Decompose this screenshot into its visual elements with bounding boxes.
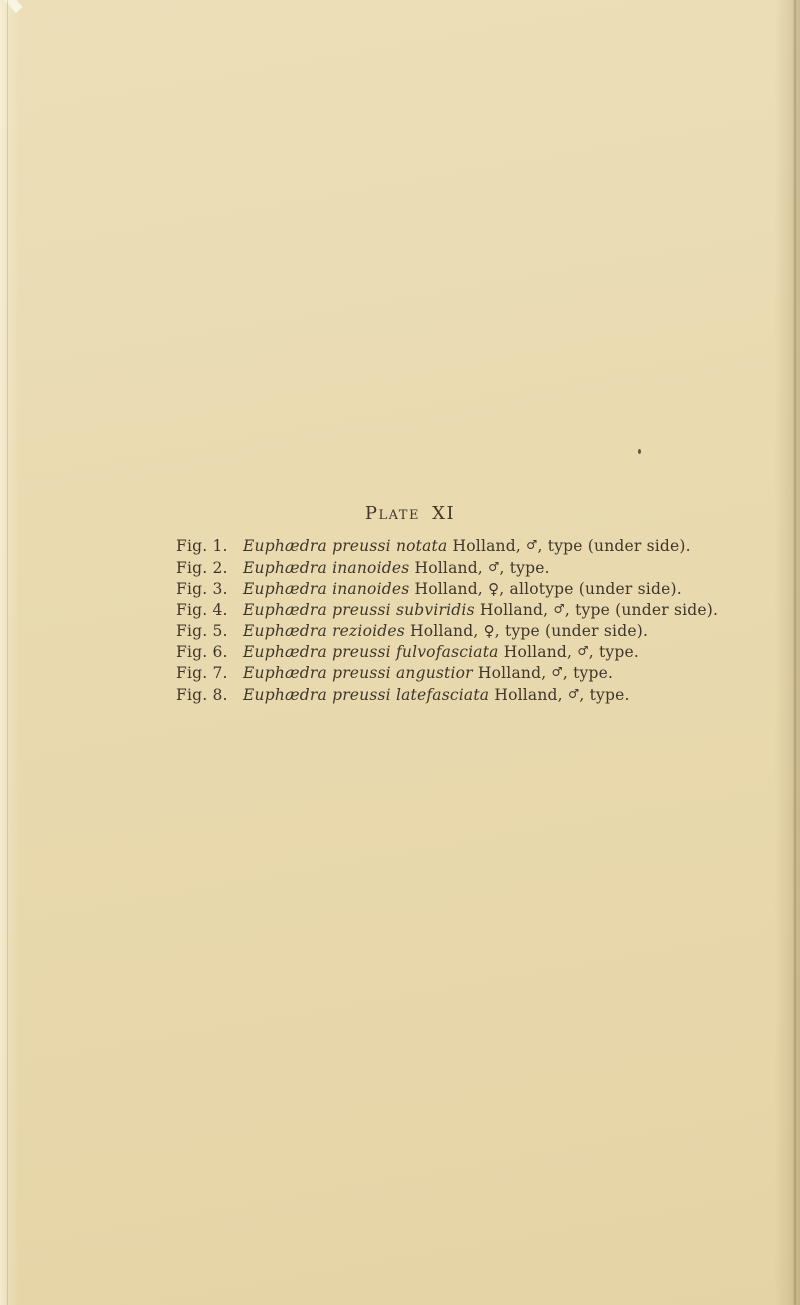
figure-label: Fig. 7.	[176, 663, 243, 685]
author-name: Holland,	[489, 686, 568, 704]
figure-caption-row: Fig. 7. Euphædra preussi angustior Holla…	[176, 663, 718, 685]
species-name: Euphædra preussi subviridis	[243, 601, 475, 619]
figure-label: Fig. 4.	[176, 600, 243, 622]
figure-text: Euphædra preussi fulvofasciata Holland, …	[243, 642, 639, 664]
ink-speck	[638, 449, 641, 454]
type-note: , type (under side).	[495, 622, 648, 640]
species-name: Euphædra preussi notata	[243, 537, 447, 555]
type-note: , type (under side).	[565, 601, 718, 619]
figure-text: Euphædra rezioides Holland, ♀, type (und…	[243, 621, 648, 642]
page-title: Plate XI	[20, 503, 800, 524]
author-name: Holland,	[447, 537, 526, 555]
species-name: Euphædra preussi fulvofasciata	[243, 643, 499, 661]
figure-text: Euphædra preussi angustior Holland, ♂, t…	[243, 663, 613, 685]
figure-caption-row: Fig. 6. Euphædra preussi fulvofasciata H…	[176, 642, 718, 664]
figure-text: Euphædra inanoides Holland, ♂, type.	[243, 558, 550, 580]
species-name: Euphædra preussi angustior	[243, 664, 473, 682]
figure-caption-row: Fig. 3. Euphædra inanoides Holland, ♀, a…	[176, 579, 718, 600]
sex-symbol: ♂	[568, 686, 579, 701]
species-name: Euphædra rezioides	[243, 622, 405, 640]
author-name: Holland,	[409, 559, 488, 577]
sex-symbol: ♂	[551, 664, 562, 679]
figure-caption-row: Fig. 5. Euphædra rezioides Holland, ♀, t…	[176, 621, 718, 642]
figure-text: Euphædra preussi notata Holland, ♂, type…	[243, 536, 691, 558]
sex-symbol: ♂	[526, 537, 537, 552]
figure-caption-list: Fig. 1. Euphædra preussi notata Holland,…	[176, 536, 718, 706]
author-name: Holland,	[405, 622, 484, 640]
author-name: Holland,	[475, 601, 554, 619]
page-edge-line	[794, 0, 796, 1305]
author-name: Holland,	[499, 643, 578, 661]
figure-text: Euphædra preussi subviridis Holland, ♂, …	[243, 600, 718, 622]
figure-text: Euphædra preussi latefasciata Holland, ♂…	[243, 685, 630, 707]
species-name: Euphædra inanoides	[243, 580, 409, 598]
figure-caption-row: Fig. 4. Euphædra preussi subviridis Holl…	[176, 600, 718, 622]
figure-label: Fig. 2.	[176, 558, 243, 580]
sex-symbol: ♀	[488, 580, 499, 598]
figure-label: Fig. 3.	[176, 579, 243, 600]
type-note: , type.	[589, 643, 639, 661]
figure-text: Euphædra inanoides Holland, ♀, allotype …	[243, 579, 682, 600]
species-name: Euphædra preussi latefasciata	[243, 686, 489, 704]
author-name: Holland,	[473, 664, 552, 682]
figure-label: Fig. 1.	[176, 536, 243, 558]
figure-caption-row: Fig. 1. Euphædra preussi notata Holland,…	[176, 536, 718, 558]
sex-symbol: ♂	[577, 643, 588, 658]
figure-label: Fig. 8.	[176, 685, 243, 707]
author-name: Holland,	[409, 580, 488, 598]
figure-caption-row: Fig. 8. Euphædra preussi latefasciata Ho…	[176, 685, 718, 707]
figure-label: Fig. 6.	[176, 642, 243, 664]
sex-symbol: ♀	[484, 622, 495, 640]
type-note: , type.	[579, 686, 629, 704]
figure-caption-row: Fig. 2. Euphædra inanoides Holland, ♂, t…	[176, 558, 718, 580]
left-crease-line	[7, 0, 8, 1305]
species-name: Euphædra inanoides	[243, 559, 409, 577]
type-note: , type (under side).	[538, 537, 691, 555]
type-note: , allotype (under side).	[499, 580, 682, 598]
sex-symbol: ♂	[488, 559, 499, 574]
scan-corner-artifact	[0, 0, 23, 13]
type-note: , type.	[563, 664, 613, 682]
scanned-book-page: Plate XI Fig. 1. Euphædra preussi notata…	[0, 0, 800, 1305]
figure-label: Fig. 5.	[176, 621, 243, 642]
sex-symbol: ♂	[553, 601, 564, 616]
type-note: , type.	[499, 559, 549, 577]
